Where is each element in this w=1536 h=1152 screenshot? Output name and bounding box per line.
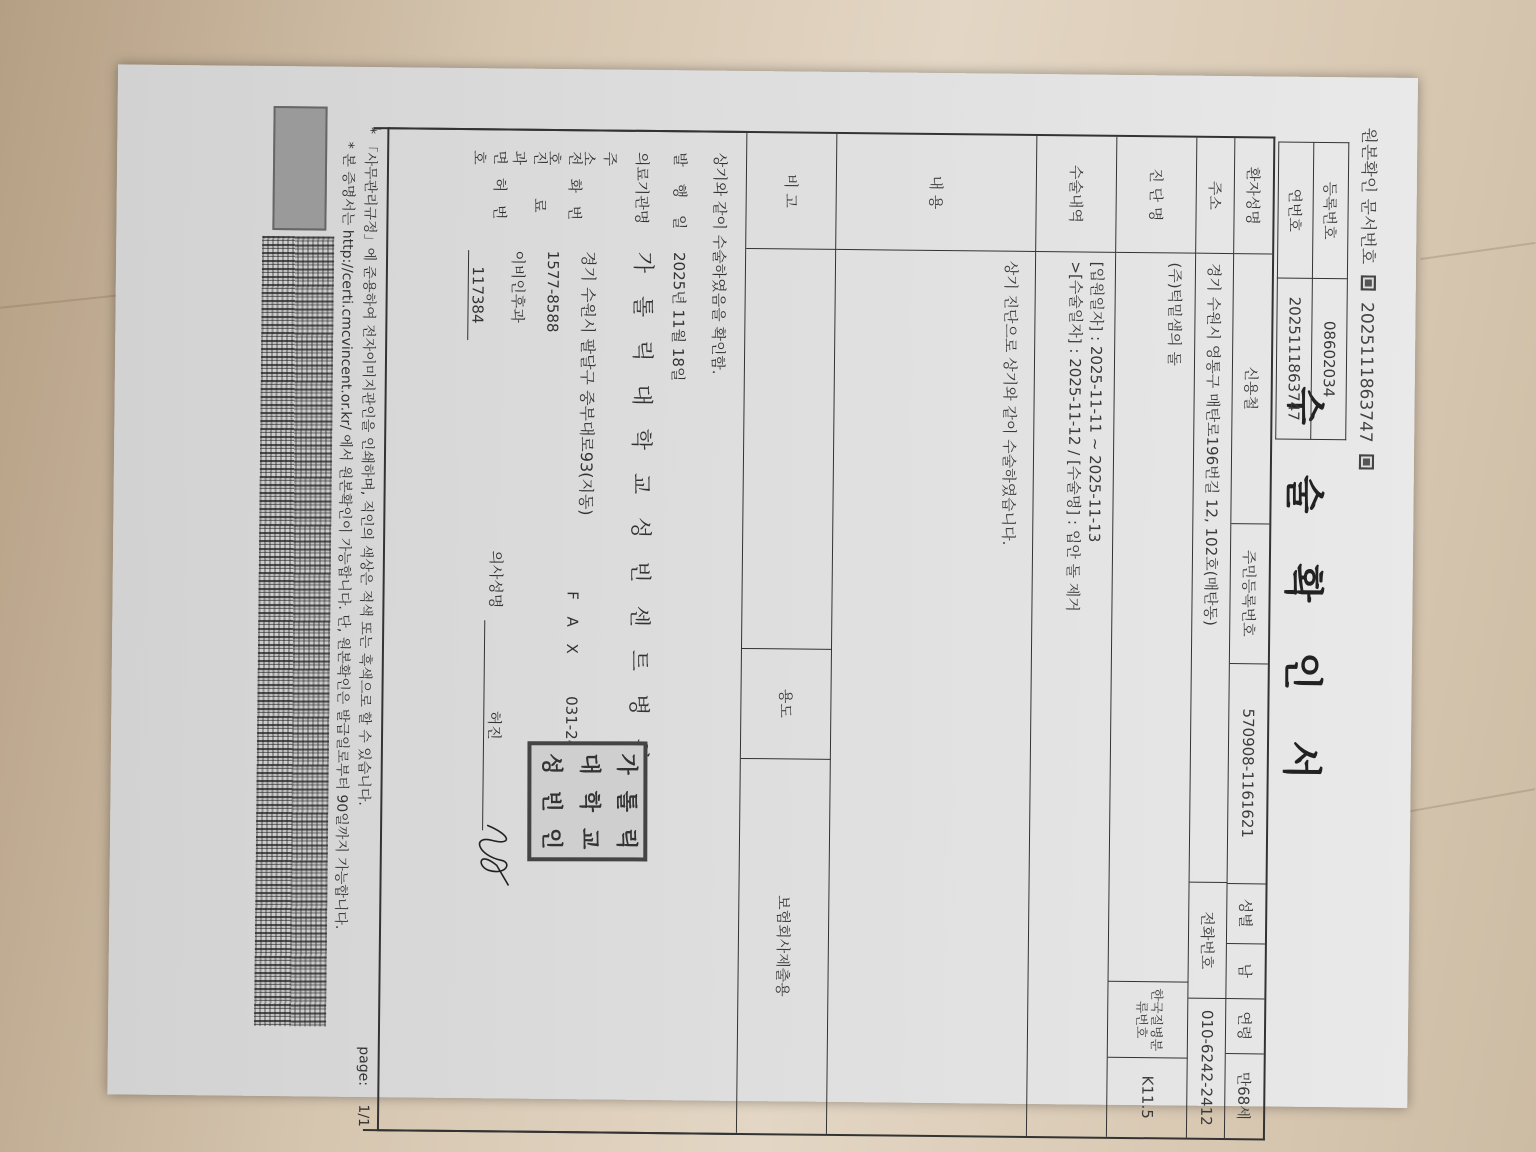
- reg-no-value: 08602034: [1311, 278, 1348, 439]
- doc-number-label: 원본확인 문서번호: [1357, 127, 1378, 264]
- floor-plank-seam: [1401, 788, 1535, 814]
- license-value: 117384: [467, 250, 487, 340]
- surgery-date-name: >[수술일자] : 2025-11-12 / [수술명] : 입안 돌 제거: [1062, 261, 1087, 612]
- sex-label: 성별: [1227, 883, 1266, 944]
- institution-line: 의료기관명 가 톨 릭 대 학 교 성 빈 센 트 병 원: [624, 152, 661, 768]
- age-label: 연령: [1226, 998, 1265, 1054]
- floor-plank-seam: [1420, 242, 1535, 260]
- surgery-details: [입원일자] : 2025-11-11 ~ 2025-11-13 >[수술일자]…: [1027, 251, 1116, 1137]
- institution-label: 의료기관명: [631, 152, 653, 247]
- content-value: 상기 진단으로 상기와 같이 수술하였습니다.: [827, 249, 1036, 1136]
- issue-date-value: 2025년 11월 18일: [669, 252, 688, 382]
- purpose-label: 용도: [741, 648, 832, 760]
- certification-block: 상기와 같이 수술하였음을 확인함. 발 행 일 2025년 11월 18일 의…: [377, 127, 749, 1135]
- address-value: 경기 수원시 영통구 매탄로196번길 12, 102호(매탄동): [1190, 253, 1235, 883]
- phone-value: 010-6242-2412: [1187, 998, 1226, 1138]
- department-label: 진 료 과: [508, 150, 551, 245]
- page-indicator: page: 1/1: [355, 1046, 372, 1127]
- content-label: 내 용: [836, 134, 1037, 252]
- issue-date-line: 발 행 일 2025년 11월 18일: [668, 152, 691, 381]
- remarks-label: 비 고: [746, 133, 837, 250]
- department-line: 진 료 과 이비인후과: [507, 150, 551, 323]
- surgery-label: 수술내역: [1036, 136, 1117, 253]
- serial-label: 연번호: [1277, 142, 1313, 278]
- diagnosis-value: (주)턱밑샘의 돌: [1109, 252, 1197, 983]
- rrn-label: 주민등록번호: [1230, 523, 1269, 664]
- doctor-signature-icon: [471, 820, 517, 890]
- kcd-label: 한국질병분류번호: [1108, 982, 1189, 1059]
- patient-name-label: 환자성명: [1234, 138, 1273, 254]
- doctor-label: 의사성명: [485, 550, 507, 608]
- page-label: page:: [355, 1046, 371, 1086]
- diagnosis-label: 진 단 명: [1116, 137, 1197, 254]
- surgery-certificate-page: 원본확인 문서번호 2025111863747 수 술 확 인 서 등록번호 0…: [107, 64, 1418, 1108]
- surgery-row: 수술내역 [입원일자] : 2025-11-11 ~ 2025-11-13 >[…: [1026, 136, 1117, 1137]
- kcd-value: K11.5: [1107, 1057, 1188, 1138]
- content-row: 내 용 상기 진단으로 상기와 같이 수술하였습니다.: [826, 134, 1037, 1136]
- square-marker-icon: [1361, 276, 1376, 291]
- diagnosis-row: 진 단 명 (주)턱밑샘의 돌 한국질병분류번호 K11.5: [1106, 137, 1197, 1138]
- purpose-value: 보험회사제출용: [737, 758, 831, 1134]
- patient-name-value: 신용철: [1231, 253, 1272, 524]
- registration-table: 등록번호 08602034 연번호 2025111863747: [1275, 142, 1349, 441]
- address-label: 주소: [1196, 138, 1235, 254]
- document-mark-box: [272, 106, 327, 231]
- floor-plank-seam: [0, 293, 129, 309]
- hospital-seal: 가톨릭 대학교 성빈인: [527, 741, 647, 861]
- remarks-row: 비 고 용도 보험회사제출용: [736, 133, 837, 1134]
- institution-value: 가 톨 릭 대 학 교 성 빈 센 트 병 원: [625, 252, 655, 768]
- doc-number-value: 2025111863747: [1355, 302, 1376, 443]
- admission-dates: [입원일자] : 2025-11-11 ~ 2025-11-13: [1084, 262, 1108, 543]
- original-doc-number: 원본확인 문서번호 2025111863747: [1355, 127, 1384, 475]
- phone-label: 전화번호: [1188, 883, 1227, 999]
- rrn-value: 570908-1161621: [1228, 663, 1268, 884]
- issue-date-label: 발 행 일: [669, 152, 691, 247]
- department-value: 이비인후과: [508, 250, 527, 323]
- remarks-value: [742, 248, 836, 650]
- license-line: 면 허 번 호 117384 의사성명 허진: [467, 150, 511, 340]
- age-value: 만68세: [1225, 1053, 1264, 1138]
- page-value: 1/1: [355, 1104, 371, 1127]
- security-pattern: [254, 236, 334, 1027]
- license-label: 면 허 번 호: [468, 150, 511, 245]
- square-marker-icon: [1359, 454, 1374, 469]
- sex-value: 남: [1226, 943, 1265, 999]
- certification-statement: 상기와 같이 수술하였음을 확인함.: [708, 153, 731, 375]
- doctor-name: 허진: [482, 620, 506, 830]
- serial-value: 2025111863747: [1276, 278, 1313, 439]
- fax-label: F A X: [562, 591, 581, 701]
- footer-note-1-text: * 「사무관리규정」에 준용하여 전자이미지관인을 인쇄하며, 직인의 색상은 …: [355, 127, 378, 806]
- reg-no-label: 등록번호: [1312, 142, 1348, 278]
